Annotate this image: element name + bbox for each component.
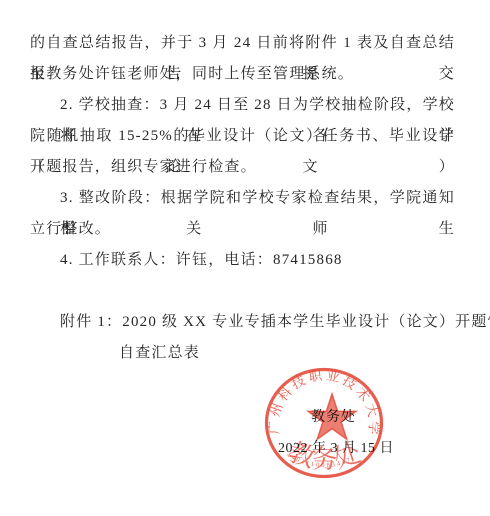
- signature-date: 2022 年 3 月 15 日: [278, 441, 394, 457]
- attachment-line-1: 附件 1：2020 级 XX 专业专插本学生毕业设计（论文）开题情况: [30, 307, 455, 338]
- attachment-line-2: 自查汇总表: [30, 338, 455, 369]
- body-line-6: 3. 整改阶段：根据学院和学校专家检查结果，学院通知相关师生: [30, 183, 455, 214]
- document-page: 的自查总结报告，并于 3 月 24 日前将附件 1 表及自查总结报告提交 至教务…: [0, 0, 490, 516]
- document-body: 的自查总结报告，并于 3 月 24 日前将附件 1 表及自查总结报告提交 至教务…: [30, 28, 455, 369]
- body-line-3: 2. 学校抽查：3 月 24 日至 28 日为学校抽检阶段，学校将在各学: [30, 90, 455, 121]
- signature-department: 教务处: [311, 410, 356, 425]
- blank-line: [30, 276, 455, 307]
- body-line-4: 院随机抽取 15-25%的毕业设计（论文）任务书、毕业设计（论文）: [30, 121, 455, 152]
- body-line-8: 4. 工作联系人：许钰，电话：87415868: [30, 245, 455, 276]
- body-line-1: 的自查总结报告，并于 3 月 24 日前将附件 1 表及自查总结报告提交: [30, 28, 455, 59]
